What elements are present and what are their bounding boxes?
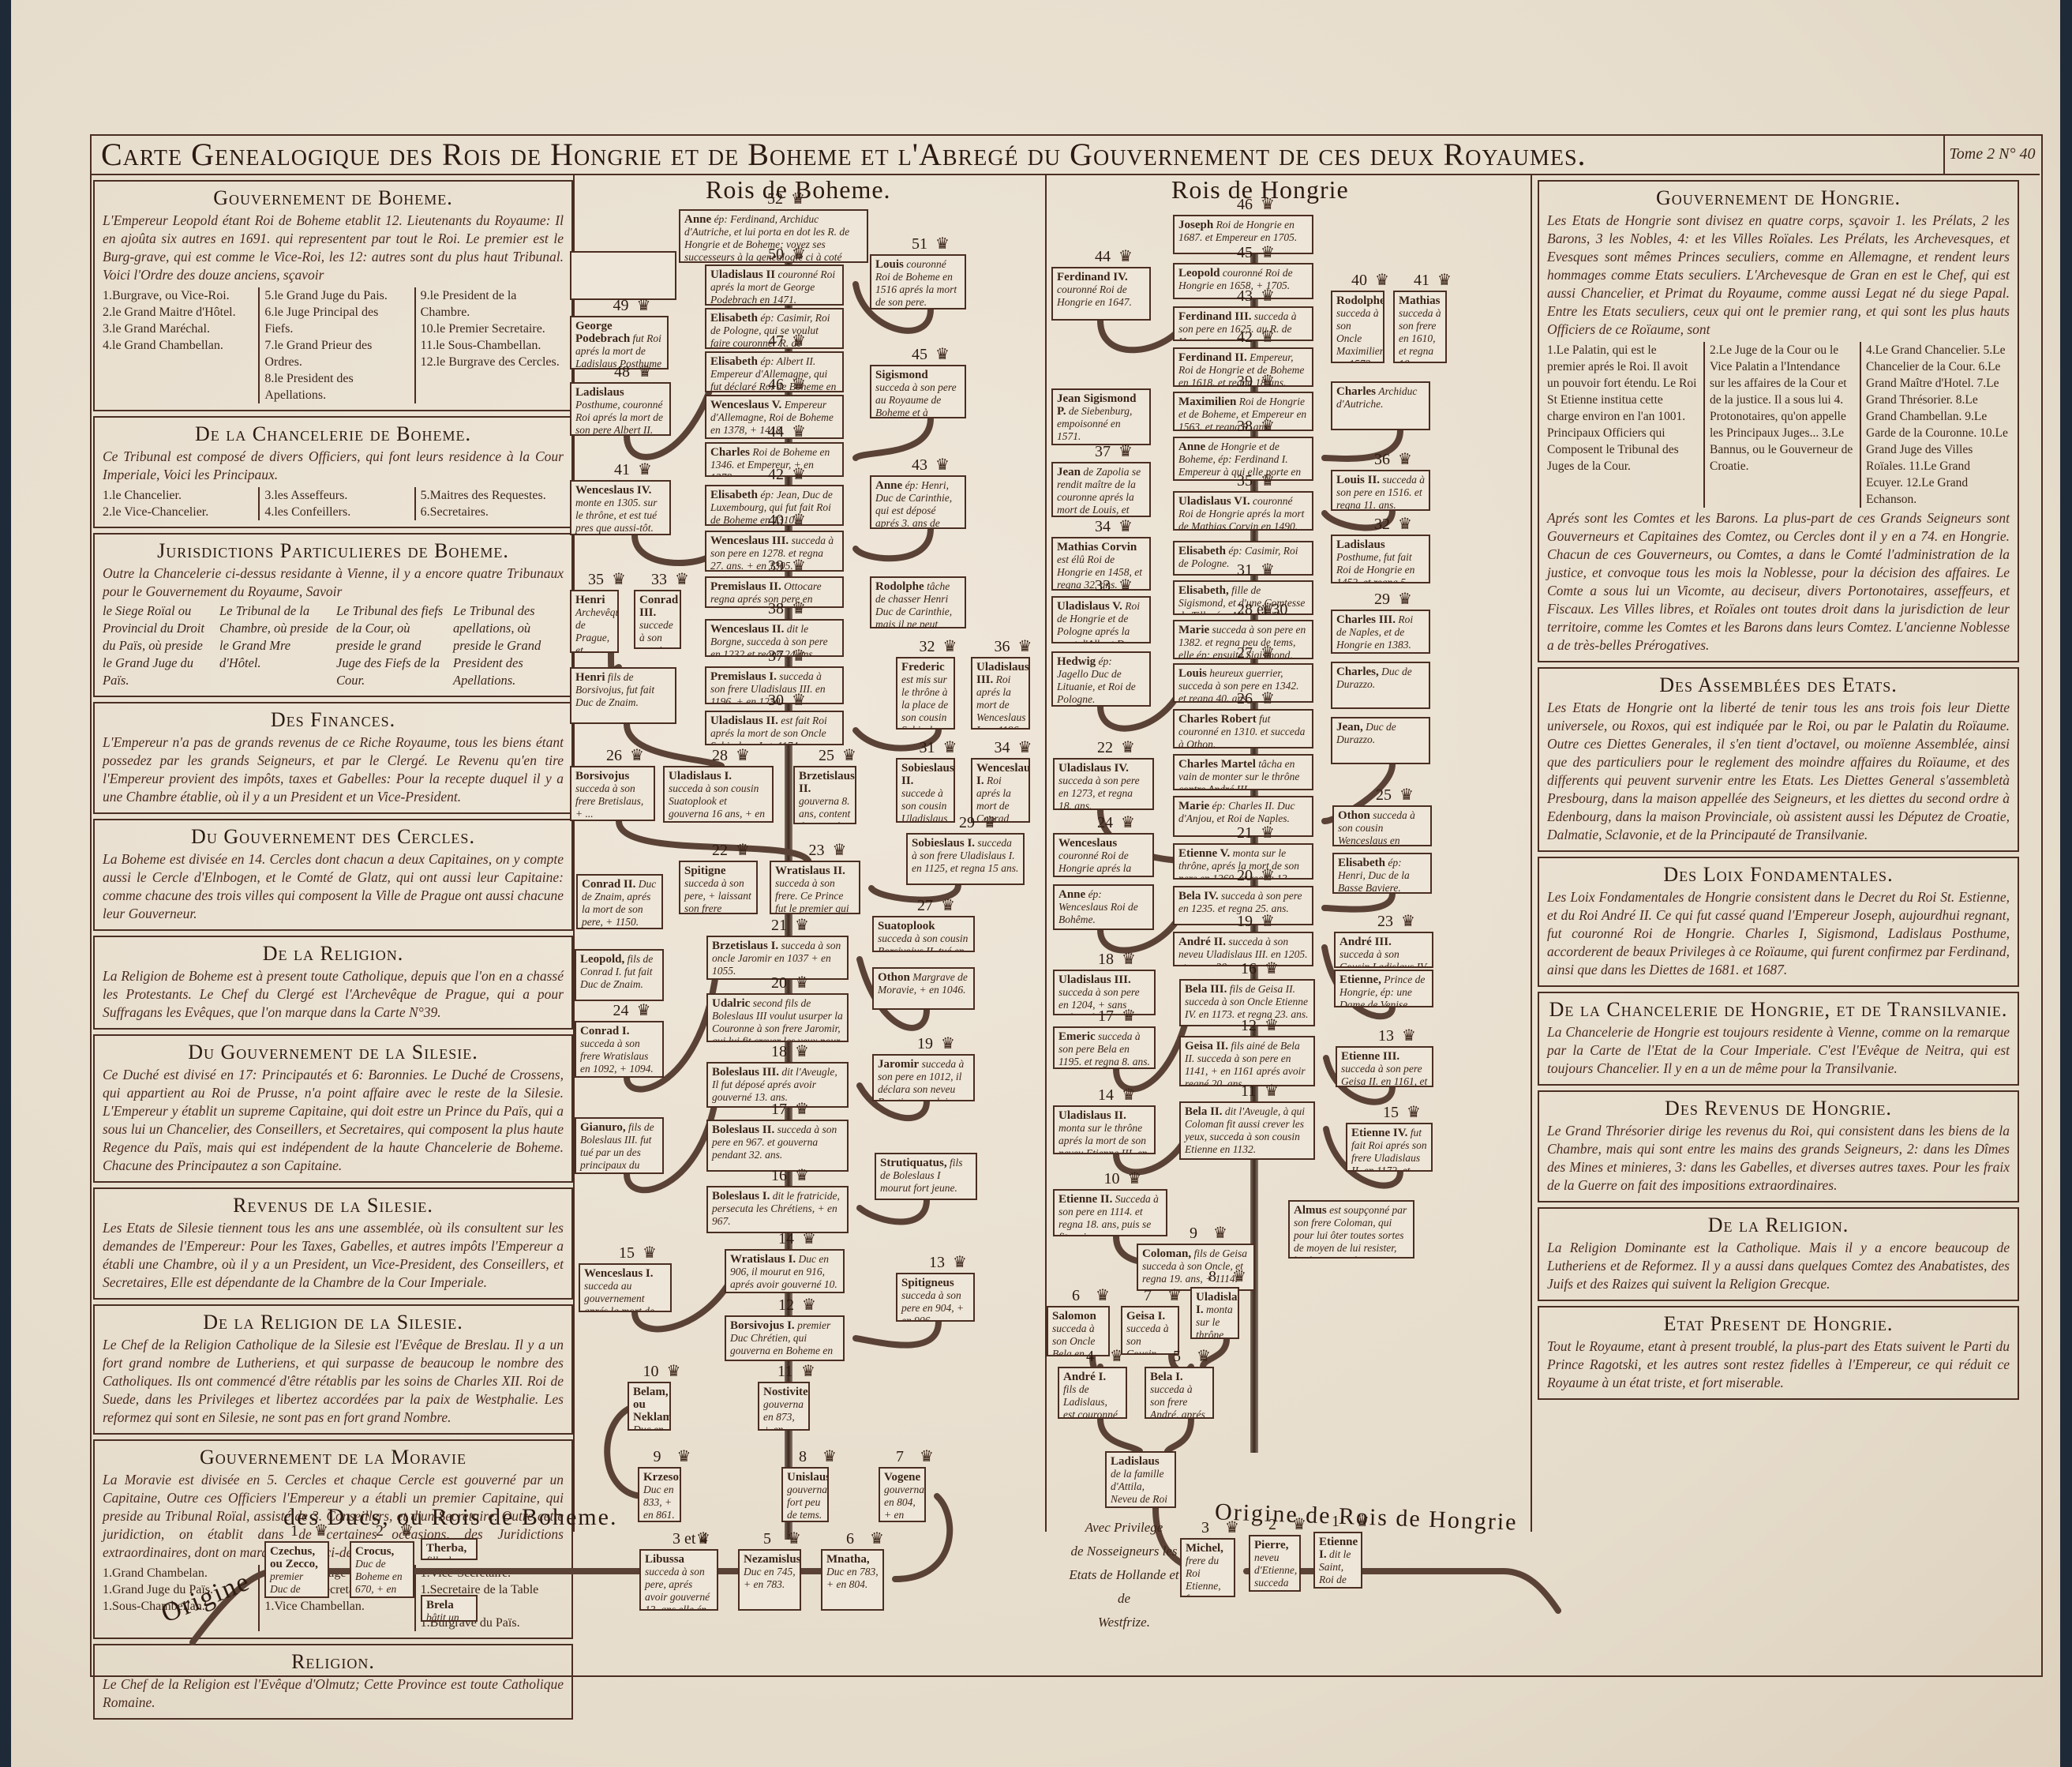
panel-heading: Gouvernement de Boheme. xyxy=(103,186,564,210)
crown-icon: ♛ xyxy=(1398,449,1412,468)
king-description: succeda à son pere en 904, + en 906. xyxy=(901,1289,964,1322)
king-box: André III. succeda à son Cousin Ladislau… xyxy=(1334,932,1433,968)
king-box: Uladislaus II. est fait Roi aprés la mor… xyxy=(705,711,844,745)
king-name: Libussa xyxy=(645,1553,684,1566)
king-box: Geisa II. fils ainé de Bela II. succeda … xyxy=(1179,1036,1315,1086)
king-name: Elisabeth xyxy=(710,489,758,501)
king-description: succeda à son Cousin Salomon, aprés l'av… xyxy=(1126,1322,1169,1355)
succession-number: 46 xyxy=(768,376,784,394)
succession-number: 19 xyxy=(1237,913,1253,931)
crown-icon: ♛ xyxy=(941,1034,955,1052)
crown-icon: ♛ xyxy=(842,745,856,764)
crown-icon: ♛ xyxy=(1122,1006,1136,1025)
king-name: Ladislaus xyxy=(1111,1455,1160,1468)
king-name: Elisabeth xyxy=(710,355,758,368)
crown-icon: ♛ xyxy=(1118,516,1133,535)
crown-icon: ♛ xyxy=(637,1000,651,1019)
king-name: Spitigneus xyxy=(901,1277,954,1289)
king-box: Brzetislaus I. succeda à son oncle Jarom… xyxy=(706,936,849,980)
officer-list-item: 1.Vice-Secretaire. xyxy=(421,1565,564,1581)
king-name: Borsivojus I. xyxy=(730,1319,795,1332)
king-description: succeda au gouvernement aprés la mort de… xyxy=(584,1280,654,1312)
succession-number: 14 xyxy=(1098,1086,1114,1105)
king-name: Bela III. xyxy=(1185,983,1227,996)
succession-number: 37 xyxy=(1095,443,1111,461)
succession-number: 38 xyxy=(1237,418,1253,436)
panel-text: Ce Duché est divisé en 17: Principautés … xyxy=(103,1066,564,1175)
king-description: gouverna fort peu de tems. xyxy=(787,1484,827,1521)
panel-heading: De la Religion de la Silesie. xyxy=(103,1311,564,1334)
crown-icon: ♛ xyxy=(1128,1169,1142,1187)
crown-icon: ♛ xyxy=(822,1446,837,1465)
king-name: Rodolphe xyxy=(1336,294,1384,307)
officer-list-column: 9.le President de la Chambre.10.le Premi… xyxy=(414,287,564,403)
succession-number: 26 xyxy=(1237,690,1253,708)
succession-number: 17 xyxy=(1098,1007,1114,1026)
crown-icon: ♛ xyxy=(1261,371,1275,390)
king-box: Bela I. succeda à son frere André, aprés… xyxy=(1145,1367,1214,1419)
king-name: Mathias xyxy=(1399,294,1441,307)
king-box: Geisa I. succeda à son Cousin Salomon, a… xyxy=(1121,1306,1179,1355)
succession-number: 30 xyxy=(768,692,784,710)
crown-icon: ♛ xyxy=(833,840,847,859)
left-panel: Jurisdictions Particulieres de Boheme.Ou… xyxy=(93,533,573,697)
king-name: André III. xyxy=(1339,936,1392,948)
king-name: Charles xyxy=(710,446,750,459)
succession-number: 27 xyxy=(1237,644,1253,662)
crown-icon: ♛ xyxy=(675,569,689,588)
king-name: Mnatha, xyxy=(826,1553,870,1566)
crown-icon: ♛ xyxy=(1213,1223,1227,1242)
king-description: gouverna en 873, + en 890. xyxy=(763,1398,804,1431)
privilege-line: de Nosseigneurs les xyxy=(1065,1540,1183,1563)
king-box: Ladislaus Posthume, fut fait Roi de Hong… xyxy=(1331,535,1430,583)
succession-number: 9 xyxy=(1190,1225,1197,1243)
king-box: Conrad II. Duc de Znaim, aprés la mort d… xyxy=(576,874,663,929)
king-box: Henri Archevêque de Prague, et Administr… xyxy=(570,590,619,653)
king-name: Therba, xyxy=(426,1542,466,1555)
succession-number: 9 xyxy=(654,1448,661,1466)
left-panel: De la Chancelerie de Boheme.Ce Tribunal … xyxy=(93,416,573,528)
king-name: Ferdinand II. xyxy=(1178,351,1247,364)
king-name: Henri xyxy=(575,671,605,684)
king-description: fils de Ladislaus, est couronné Roi de H… xyxy=(1063,1383,1121,1419)
panel-text: La Boheme est divisée en 14. Cercles don… xyxy=(103,850,564,923)
succession-number: 29 xyxy=(1374,591,1390,609)
king-name: Wenceslaus III. xyxy=(710,535,789,547)
succession-number: 4 xyxy=(1086,1348,1094,1366)
engraving-sheet: Carte Genealogique des Rois de Hongrie e… xyxy=(11,0,2060,1767)
crown-icon: ♛ xyxy=(1261,599,1275,618)
crown-icon: ♛ xyxy=(802,1295,816,1314)
crown-icon: ♛ xyxy=(638,460,652,478)
king-box: Borsivojus I. premier Duc Chrétien, qui … xyxy=(725,1315,845,1361)
officer-list-item: 6.Secretaires. xyxy=(421,504,564,520)
king-name: Charles III. xyxy=(1336,613,1396,626)
king-description: succeda à son pere en 1273, et regna 18.… xyxy=(1058,775,1140,810)
king-name: Louis II. xyxy=(1336,474,1380,486)
crown-icon: ♛ xyxy=(1375,270,1389,289)
panel-text-continued: Aprés sont les Comtes et les Barons. La … xyxy=(1547,509,2010,655)
right-panel: De la Religion.La Religion Dominante est… xyxy=(1538,1207,2019,1301)
king-box: Rodolphe tâche de chasser Henri Duc de C… xyxy=(870,576,966,628)
succession-number: 42 xyxy=(1237,328,1253,347)
crown-icon: ♛ xyxy=(795,1099,809,1118)
king-description: succeda à son frere en 1610, et regna 10… xyxy=(1399,307,1441,363)
right-text-column: Gouvernement de Hongrie.Les Etats de Hon… xyxy=(1538,180,2019,1405)
king-name: Sigismond xyxy=(875,369,928,381)
succession-number: 14 xyxy=(778,1230,794,1248)
left-panel: Du Gouvernement des Cercles.La Boheme es… xyxy=(93,819,573,931)
succession-number: 6 xyxy=(846,1530,854,1548)
king-name: Belam, ou Neklam, xyxy=(633,1386,671,1424)
left-panel: Du Gouvernement de la Silesie.Ce Duché e… xyxy=(93,1034,573,1183)
officer-list-item: 10.le Premier Secretaire. xyxy=(421,321,564,337)
king-box: Boleslaus II. succeda à son pere en 967.… xyxy=(706,1120,849,1172)
king-box: Charles Robert fut couronné en 1310. et … xyxy=(1173,709,1313,748)
succession-number: 24 xyxy=(1097,814,1113,832)
crown-icon: ♛ xyxy=(1118,441,1133,460)
king-box: Ferdinand IV. couronné Roi de Hongrie en… xyxy=(1051,267,1151,321)
succession-number: 33 xyxy=(1095,577,1111,595)
crown-icon: ♛ xyxy=(792,598,806,617)
succession-number: 25 xyxy=(1376,786,1392,805)
succession-number: 34 xyxy=(1095,518,1111,536)
king-name: Brzetislaus I. xyxy=(712,940,778,952)
succession-number: 13 xyxy=(929,1254,945,1272)
king-name: Uladislaus VI. xyxy=(1178,495,1250,508)
officer-list-item: 4.les Confeillers. xyxy=(264,504,407,520)
crown-icon: ♛ xyxy=(612,569,626,588)
crown-icon: ♛ xyxy=(943,636,957,655)
officer-list-column: 5.le Grand Juge du Pais.6.le Juge Princi… xyxy=(258,287,407,403)
king-box: Pierre, neveu d'Etienne, succeda à son O… xyxy=(1249,1535,1301,1592)
king-name: Charles, xyxy=(1336,666,1379,678)
succession-number: 13 xyxy=(1378,1027,1394,1045)
king-name: Conrad I. xyxy=(580,1025,630,1037)
king-name: Etienne V. xyxy=(1178,847,1230,860)
succession-number: 11 xyxy=(777,1363,792,1381)
panel-heading: Gouvernement de Hongrie. xyxy=(1547,186,2010,210)
king-name: Salomon xyxy=(1052,1310,1096,1322)
king-description: succede à son cousin Frederic et ne regn… xyxy=(639,619,676,649)
king-name: Etienne, xyxy=(1339,974,1381,986)
king-name: Uladislaus V. xyxy=(1057,600,1122,613)
king-description: Duc en 745, + en 783. xyxy=(744,1566,796,1590)
crown-icon: ♛ xyxy=(1398,514,1412,533)
king-box: Jean, Duc de Durazzo. xyxy=(1331,717,1430,764)
king-name: Elisabeth xyxy=(1338,857,1385,869)
king-description: succeda à son cousin Suatoplook et gouve… xyxy=(669,782,765,823)
king-box: Wenceslaus couronné Roi de Hongrie aprés… xyxy=(1053,833,1154,877)
succession-number: 36 xyxy=(995,638,1010,656)
panel-heading: Revenus de la Silesie. xyxy=(103,1194,564,1217)
king-name: Wenceslaus I. xyxy=(584,1267,654,1280)
king-name: Coloman, xyxy=(1142,1247,1191,1260)
left-panel: Revenus de la Silesie.Les Etats de Siles… xyxy=(93,1187,573,1300)
crown-icon: ♛ xyxy=(1121,737,1135,756)
king-name: Elisabeth, xyxy=(1178,584,1229,597)
succession-number: 41 xyxy=(1414,272,1429,290)
crown-icon: ♛ xyxy=(1096,1285,1110,1304)
privilege-line: Avec Privilege xyxy=(1065,1516,1183,1540)
crown-icon: ♛ xyxy=(792,556,806,575)
king-name: Brela xyxy=(426,1599,454,1611)
king-name: Bela II. xyxy=(1185,1105,1223,1118)
king-name: Geisa I. xyxy=(1126,1310,1165,1322)
king-box: Vogene gouverna en 804, + en 833. xyxy=(879,1467,926,1522)
king-name: Pierre, xyxy=(1254,1539,1288,1551)
king-description: premier Duc de Boheme en 644. xyxy=(270,1570,317,1598)
succession-number: 31 xyxy=(1237,561,1253,580)
king-box: George Podebrach fut Roi aprés la mort d… xyxy=(570,316,669,370)
succession-number: 11 xyxy=(1241,1082,1256,1101)
king-box: Suatoplook succeda à son cousin Borsivoj… xyxy=(872,916,975,952)
crown-icon: ♛ xyxy=(983,812,997,831)
officer-list-item: 5.Maitres des Requestes. xyxy=(421,487,564,504)
king-box: Sigismond succeda à son pere au Royaume … xyxy=(870,365,966,418)
king-box: André I. fils de Ladislaus, est couronné… xyxy=(1058,1367,1127,1419)
king-name: Czechus, ou Zecco, xyxy=(270,1545,318,1570)
officer-list-column: 1.le Chancelier.2.le Vice-Chancelier. xyxy=(103,487,252,520)
king-box: Charles, Duc de Durazzo. xyxy=(1331,662,1430,709)
king-name: Krzesomysle, xyxy=(643,1471,681,1484)
succession-number: 33 xyxy=(651,571,667,589)
king-box: Uladislaus V. Roi de Hongrie et de Polog… xyxy=(1051,596,1151,643)
king-name: Ferdinand III. xyxy=(1178,310,1252,323)
crown-icon: ♛ xyxy=(792,510,806,529)
king-description: succede à son cousin Uladislaus II, en 1… xyxy=(901,787,948,823)
king-box: Spitigne succeda à son pere, + laissant … xyxy=(679,861,758,914)
king-name: Leopold, xyxy=(580,953,624,966)
king-name: Wratislaus II. xyxy=(775,865,845,877)
king-description: succeda à son pere au Royaume de Boheme … xyxy=(875,381,957,418)
succession-number: 15 xyxy=(1383,1104,1399,1122)
crown-icon: ♛ xyxy=(792,331,806,350)
succession-number: 5 xyxy=(763,1530,771,1548)
king-name: Sobieslaus I. xyxy=(912,837,975,850)
crown-icon: ♛ xyxy=(791,189,805,208)
crown-icon: ♛ xyxy=(935,455,950,474)
tribunal-item: Le Tribunal de la Chambre, où preside le… xyxy=(219,602,330,689)
panel-text: Le Grand Thrésorier dirige les revenus d… xyxy=(1547,1122,2010,1195)
succession-number: 46 xyxy=(1237,196,1253,214)
crown-icon: ♛ xyxy=(1261,242,1275,261)
king-description: Duc en 852, + en 873. xyxy=(633,1424,665,1431)
panel-heading: Etat Present de Hongrie. xyxy=(1547,1312,2010,1336)
king-description: couronné Roi de Hongrie aprés la mort de… xyxy=(1058,850,1139,877)
king-box: Charles Martel tâcha en vain de monter s… xyxy=(1173,754,1313,790)
panel-text: La Religion de Boheme est à present tout… xyxy=(103,967,564,1022)
king-box: Libussa succeda à son pere, aprés avoir … xyxy=(639,1549,718,1611)
king-box: Wenceslaus I. Roi aprés la mort de Conra… xyxy=(971,758,1030,823)
king-box: Nostivite gouverna en 873, + en 890. xyxy=(758,1382,810,1431)
king-description: succeda à son Oncle Maximilien en 1572 e… xyxy=(1336,307,1384,363)
crown-icon: ♛ xyxy=(643,1243,657,1262)
officer-list-item: 11.le Sous-Chambellan. xyxy=(421,337,564,354)
king-name: Ladislaus xyxy=(575,386,624,399)
crown-icon: ♛ xyxy=(1118,246,1133,265)
king-box: Etienne III. succeda à son pere Geisa II… xyxy=(1336,1046,1433,1087)
left-text-column: Gouvernement de Boheme.L'Empereur Leopol… xyxy=(93,180,573,1724)
king-box: Boleslaus I. dit le fratricide, persecut… xyxy=(706,1186,849,1233)
succession-number: 7 xyxy=(896,1448,904,1466)
crown-icon: ♛ xyxy=(1018,636,1032,655)
crown-icon: ♛ xyxy=(935,234,950,253)
king-name: Marie xyxy=(1178,624,1209,636)
officer-list-item: 3.le Grand Maréchal. xyxy=(103,321,252,337)
king-description: monta sur le thrône aprés la mort de son… xyxy=(1058,1122,1147,1154)
king-box: Bela II. dit l'Aveugle, à qui Coloman fi… xyxy=(1179,1101,1315,1160)
king-name: Nostivite xyxy=(763,1386,808,1398)
king-name: Joseph xyxy=(1178,219,1213,231)
officer-list-item: 1.Burgrave, ou Vice-Roi. xyxy=(103,287,252,304)
king-name: Etienne II. xyxy=(1058,1193,1112,1206)
left-panel: Gouvernement de Boheme.L'Empereur Leopol… xyxy=(93,180,573,411)
succession-number: 48 xyxy=(614,363,630,381)
officer-list-item: 8.le President des Apellations. xyxy=(264,370,407,403)
king-name: Sobieslaus II. xyxy=(901,762,954,787)
king-description: succeda à son pere, aprés avoir gouverné… xyxy=(645,1566,710,1611)
privilege-line: Etats de Hollande et de xyxy=(1065,1563,1183,1611)
succession-number: 28 xyxy=(712,747,728,765)
succession-number: 10 xyxy=(643,1363,659,1381)
king-description: couronné Roi de Hongrie en 1647. xyxy=(1057,283,1132,308)
king-description: neveu d'Etienne, succeda à son Oncle en … xyxy=(1254,1551,1297,1592)
succession-number: 12 xyxy=(778,1296,794,1315)
officer-list-column: 5.Maitres des Requestes.6.Secretaires. xyxy=(414,487,564,520)
succession-number: 23 xyxy=(809,842,825,860)
panel-heading: De la Chancelerie de Boheme. xyxy=(103,422,564,446)
crown-icon: ♛ xyxy=(677,1446,691,1465)
officer-list-item: 9.le President de la Chambre. xyxy=(421,287,564,321)
king-box: Almus est soupçonné par son frere Coloma… xyxy=(1288,1200,1414,1259)
panel-heading: De la Religion. xyxy=(1547,1214,2010,1237)
king-name: André I. xyxy=(1063,1371,1106,1383)
panel-text: Les Loix Fondamentales de Hongrie consis… xyxy=(1547,888,2010,979)
panel-heading: Des Revenus de Hongrie. xyxy=(1547,1097,2010,1120)
king-box: Henri fils de Borsivojus, fut fait Duc d… xyxy=(570,667,676,724)
king-box: Othon Margrave de Moravie, + en 1046. xyxy=(872,967,975,1010)
king-box: Mnatha, Duc en 783, + en 804. xyxy=(821,1549,884,1611)
king-box: Rodolphe succeda à son Oncle Maximilien … xyxy=(1331,291,1384,363)
succession-number: 22 xyxy=(1097,739,1113,757)
king-description: Duc en 833, + en 861. xyxy=(643,1484,675,1521)
king-box: Othon succeda à son cousin Wenceslaus en… xyxy=(1332,805,1432,846)
succession-number: 45 xyxy=(1237,244,1253,262)
king-description: gouverna en 804, + en 833. xyxy=(884,1484,924,1522)
officer-list-item: 4.le Grand Chambellan. xyxy=(103,337,252,354)
crown-icon: ♛ xyxy=(943,737,957,756)
succession-number: 44 xyxy=(1095,248,1111,266)
king-name: Suatoplook xyxy=(878,920,935,932)
tribunal-list: le Siege Roïal ou Provincial du Droit du… xyxy=(103,602,564,689)
king-box: Wenceslaus IV. monte en 1305. sur le thr… xyxy=(570,480,671,535)
king-description: succeda à son frere André, aprés qu'il l… xyxy=(1150,1383,1205,1419)
succession-number: 8 xyxy=(1208,1268,1216,1286)
king-description: gouverna 8. ans, content du Titre de Duc… xyxy=(799,795,850,824)
title-bar: Carte Genealogique des Rois de Hongrie e… xyxy=(90,134,2040,175)
king-box: Uladislaus VI. couronné Roi de Hongrie a… xyxy=(1173,491,1313,531)
king-name: Bela IV. xyxy=(1178,890,1219,902)
succession-number: 41 xyxy=(614,461,630,479)
king-name: Wenceslaus IV. xyxy=(575,484,651,497)
king-box: Uladislaus II. monta sur le thrône aprés… xyxy=(1053,1105,1156,1154)
left-panel: De la Religion.La Religion de Boheme est… xyxy=(93,936,573,1030)
succession-number: 50 xyxy=(768,246,784,264)
officer-list-item: 7.le Grand Prieur des Ordres. xyxy=(264,337,407,370)
king-description: frere du Roi Etienne, fut pere de Ladisl… xyxy=(1186,1555,1230,1597)
king-name: Anne xyxy=(1058,888,1085,901)
king-box: Elisabeth ép: Henri, Duc de la Basse Bav… xyxy=(1332,853,1432,894)
privilege-line: Westfrize. xyxy=(1065,1611,1183,1634)
right-panel: Etat Present de Hongrie.Tout le Royaume,… xyxy=(1538,1306,2019,1400)
king-name: Louis xyxy=(1178,667,1207,680)
king-box: Sobieslaus II. succede à son cousin Ulad… xyxy=(896,758,955,823)
king-name: Strutiquatus, xyxy=(880,1157,947,1169)
succession-number: 3 xyxy=(1201,1519,1209,1537)
panel-text: Les Etats de Hongrie ont la liberté de t… xyxy=(1547,699,2010,844)
panel-text: La Religion Dominante est la Catholique.… xyxy=(1547,1239,2010,1293)
crown-icon: ♛ xyxy=(792,244,806,263)
succession-number: 43 xyxy=(1237,287,1253,306)
king-name: Etienne IV. xyxy=(1351,1127,1407,1139)
king-box: Sobieslaus I. succeda à son frere Uladis… xyxy=(906,833,1025,885)
king-box: Jaromir succeda à son pere en 1012, il d… xyxy=(872,1054,975,1101)
crown-icon: ♛ xyxy=(1122,949,1136,968)
crown-icon: ♛ xyxy=(1402,1026,1416,1045)
page-title: Carte Genealogique des Rois de Hongrie e… xyxy=(90,136,1587,173)
officer-list-item: 2.le Vice-Chancelier. xyxy=(103,504,252,520)
crown-icon: ♛ xyxy=(792,646,806,665)
king-name: Gianuro, xyxy=(580,1121,626,1134)
king-name: Boleslaus III. xyxy=(712,1066,779,1079)
king-box: Wratislaus I. Duc en 906, il mourut en 9… xyxy=(725,1249,845,1293)
king-box: Leopold, fils de Conrad I. fut fait Duc … xyxy=(575,949,664,1001)
right-panel: De la Chancelerie de Hongrie, et de Tran… xyxy=(1538,992,2019,1086)
king-name: Emeric xyxy=(1058,1030,1096,1043)
king-description: succeda à son frere Bretislaus, + ... xyxy=(575,782,643,820)
king-name: Frederic xyxy=(901,661,945,673)
succession-number: 32 xyxy=(1374,516,1390,534)
succession-number: 29 xyxy=(959,814,975,832)
king-box: Etienne IV. fut fait Roi aprés son frere… xyxy=(1346,1123,1433,1172)
king-name: Almus xyxy=(1294,1204,1327,1217)
king-name: Uladislaus II. xyxy=(1058,1109,1126,1122)
king-name: Jean, xyxy=(1336,721,1363,733)
king-box: Hedwig ép: Jagello Duc de Lituanie, et R… xyxy=(1051,651,1151,707)
origin-bohemia-title: des Ducs, ou Rois de Boheme. xyxy=(283,1504,617,1531)
king-name: Wenceslaus II. xyxy=(710,623,784,636)
king-box: Ladislaus Posthume, couronné Roi aprés l… xyxy=(570,382,671,436)
succession-number: 34 xyxy=(995,739,1010,757)
officer-list-column: 3.les Asseffeurs.4.les Confeillers. xyxy=(258,487,407,520)
crown-icon: ♛ xyxy=(802,1229,816,1247)
succession-number: 42 xyxy=(768,466,784,484)
king-description: succeda à son Cousin Ladislaus IV. en 12… xyxy=(1339,948,1428,968)
succession-number: 47 xyxy=(768,332,784,351)
king-description: bâtit un Chateau nommé Brelus. xyxy=(426,1611,463,1622)
crown-icon: ♛ xyxy=(1261,643,1275,662)
succession-number: 6 xyxy=(1072,1287,1080,1305)
crown-icon: ♛ xyxy=(1261,911,1275,930)
king-name: Henri xyxy=(575,594,605,606)
crown-icon: ♛ xyxy=(1265,1081,1279,1100)
king-box: Charles Archiduc d'Autriche. xyxy=(1331,381,1430,430)
panel-text: Ce Tribunal est composé de divers Offici… xyxy=(103,448,564,484)
officer-columns: 1.Le Palatin, qui est le premier aprés l… xyxy=(1547,342,2010,508)
king-box: Unislaus gouverna fort peu de tems. xyxy=(781,1467,829,1522)
